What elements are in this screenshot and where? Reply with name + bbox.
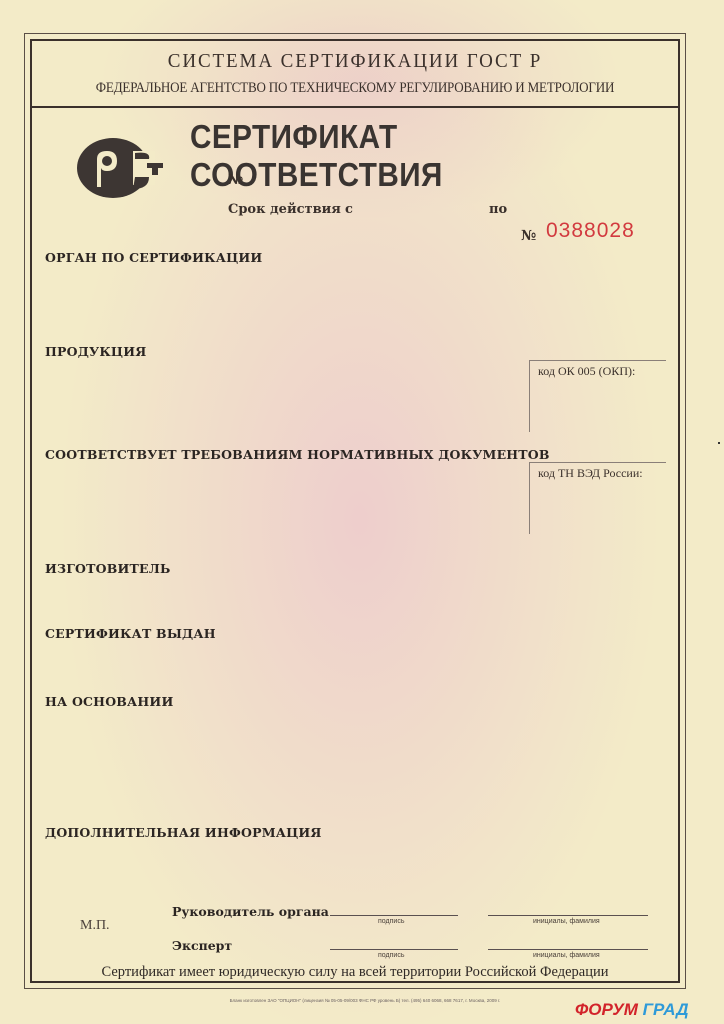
section-conforms: СООТВЕТСТВУЕТ ТРЕБОВАНИЯМ НОРМАТИВНЫХ ДО… [45,447,550,462]
section-product: ПРОДУКЦИЯ [45,344,146,359]
okp-code-label: код ОК 005 (ОКП): [538,364,635,379]
serial-number: 0388028 [546,219,635,243]
forum-grad-watermark: ФОРУМ ГРАД [575,1000,689,1020]
certificate-number-label: № [228,172,243,188]
section-certification-body: ОРГАН ПО СЕРТИФИКАЦИИ [45,250,262,265]
expert-label: Эксперт [172,938,232,953]
validity-label: Срок действия [228,202,341,217]
system-title: СИСТЕМА СЕРТИФИКАЦИИ ГОСТ Р [46,50,664,73]
tnved-code-label: код ТН ВЭД России: [538,466,643,481]
section-additional-info: ДОПОЛНИТЕЛЬНАЯ ИНФОРМАЦИЯ [45,825,322,840]
expert-name-line [488,949,648,950]
validity-from-label: с [345,202,353,217]
section-issued-to: СЕРТИФИКАТ ВЫДАН [45,626,216,641]
agency-title: ФЕДЕРАЛЬНОЕ АГЕНТСТВО ПО ТЕХНИЧЕСКОМУ РЕ… [63,80,648,97]
head-name-caption: инициалы, фамилия [533,918,600,925]
expert-signature-caption: подпись [378,952,404,959]
section-basis: НА ОСНОВАНИИ [45,694,173,709]
expert-signature-line [330,949,458,950]
head-of-body-label: Руководитель органа [172,904,329,919]
head-name-line [488,915,648,916]
stamp-place-label: М.П. [80,918,110,934]
tnved-code-box: код ТН ВЭД России: [529,462,666,534]
validity-to-label: по [489,202,507,217]
scan-speck [718,442,720,444]
head-signature-caption: подпись [378,918,404,925]
printer-fineprint: Бланк изготовлен ЗАО "ОПЦИОН" (лицензия … [200,998,530,1003]
header-divider [30,106,680,108]
watermark-part-2: ГРАД [643,1000,689,1019]
rst-conformity-mark-icon [75,137,170,199]
okp-code-box: код ОК 005 (ОКП): [529,360,666,432]
watermark-part-1: ФОРУМ [575,1000,638,1019]
head-signature-line [330,915,458,916]
legal-notice: Сертификат имеет юридическую силу на все… [30,964,680,981]
certificate-title: СЕРТИФИКАТ СООТВЕТСТВИЯ [190,118,613,194]
section-manufacturer: ИЗГОТОВИТЕЛЬ [45,561,171,576]
serial-number-label: № [521,228,536,244]
expert-name-caption: инициалы, фамилия [533,952,600,959]
